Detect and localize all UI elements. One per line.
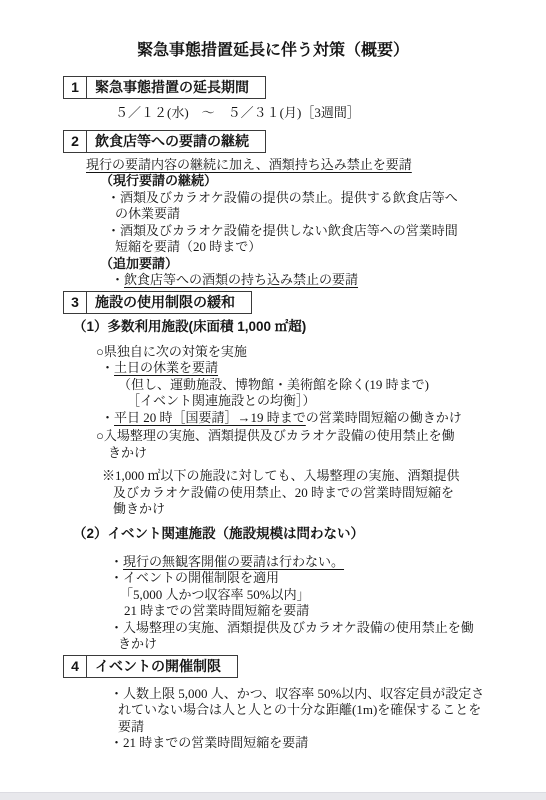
viewer-bottom-bar [0, 792, 546, 800]
s3-exception-note-cont: ［イベント関連施設との均衡］） [127, 393, 546, 410]
s3-weekday-hours-rest: の営業時間短縮の働きかけ [306, 410, 462, 425]
s2-bullet-shortened-hours: ・酒類及びカラオケ設備を提供しない飲食店等への営業時間 [107, 223, 546, 240]
section-2-heading: 飲食店等への要請の継続 [87, 131, 265, 152]
section-3-heading: 施設の使用制限の緩和 [87, 292, 251, 313]
s3-bullet-event-limit: ・イベントの開催制限を適用 [110, 570, 546, 587]
s2-bullet-alcohol-karaoke-ban: ・酒類及びカラオケ設備の提供の禁止。提供する飲食店等へ [107, 190, 546, 207]
s3-sub1-heading: （1）多数利用施設(床面積 1,000 ㎡超) [73, 318, 546, 336]
s4-bullet-hours-rule: ・21 時までの営業時間短縮を要請 [110, 735, 546, 752]
section-4-heading: イベントの開催制限 [87, 656, 237, 677]
bullet-mark: ・ [101, 360, 114, 375]
section-1-heading: 緊急事態措置の延長期間 [87, 77, 265, 98]
s3-bullet-weekend-closure: ・土日の休業を要請 [101, 360, 546, 377]
s3-event-limit-hours: 21 時までの営業時間短縮を要請 [124, 603, 546, 620]
s3-small-facility-note-cont2: 働きかけ [113, 501, 546, 518]
section-3-header-box: 3 施設の使用制限の緩和 [63, 291, 252, 314]
extension-period: ５／１２(水) ～ ５／３１(月)［3週間］ [115, 105, 546, 122]
s3-event-limit-capacity: 「5,000 人かつ収容率 50%以内」 [120, 587, 546, 604]
s2-bullet-shortened-hours-cont: 短縮を要請（20 時まで） [115, 239, 546, 256]
section-2-number: 2 [64, 131, 87, 152]
section-4-number: 4 [64, 656, 87, 677]
s4-bullet-capacity-rule: ・人数上限 5,000 人、かつ、収容率 50%以内、収容定員が設定さ [110, 686, 546, 703]
s3-no-spectator-text: 現行の無観客開催の要請は行わない。 [123, 554, 344, 569]
s2-current-request-label: （現行要請の継続） [100, 173, 546, 190]
section-4-body: ・人数上限 5,000 人、かつ、収容率 50%以内、収容定員が設定さ れていな… [0, 686, 546, 752]
s3-bullet-entry-control-events-cont: きかけ [118, 636, 546, 653]
s3-prefecture-measures: ○県独自に次の対策を実施 [96, 344, 546, 361]
s3-weekday-hours-underlined: 平日 20 時［国要請］→19 時まで [114, 410, 306, 425]
s3-sub2-heading: （2）イベント関連施設（施設規模は問わない） [73, 525, 546, 543]
s2-bullet-alcohol-karaoke-ban-cont: の休業要請 [115, 206, 546, 223]
s2-bullet-byob-ban: ・飲食店等への酒類の持ち込み禁止の要請 [111, 272, 546, 289]
section-1-header-box: 1 緊急事態措置の延長期間 [63, 76, 266, 99]
s3-bullet-weekday-hours: ・平日 20 時［国要請］→19 時までの営業時間短縮の働きかけ [101, 410, 546, 427]
section-3-body: （1）多数利用施設(床面積 1,000 ㎡超) ○県独自に次の対策を実施 ・土日… [0, 318, 546, 653]
s3-entry-control-measure-cont: きかけ [108, 445, 546, 462]
section-1-number: 1 [64, 77, 87, 98]
s2-additional-request-label: （追加要請） [100, 256, 546, 273]
page-title: 緊急事態措置延長に伴う対策（概要） [0, 0, 546, 62]
bullet-mark: ・ [101, 410, 114, 425]
s3-exception-note: （但し、運動施設、博物館・美術館を除く(19 時まで) [118, 377, 546, 394]
bullet-mark: ・ [111, 272, 124, 287]
section-4-header-box: 4 イベントの開催制限 [63, 655, 238, 678]
s3-small-facility-note-cont1: 及びカラオケ設備の使用禁止、20 時までの営業時間短縮を [113, 485, 546, 502]
s3-bullet-no-spectator: ・現行の無観客開催の要請は行わない。 [110, 554, 546, 571]
s4-bullet-capacity-rule-cont2: 要請 [118, 719, 546, 736]
section-2-header-box: 2 飲食店等への要請の継続 [63, 130, 266, 153]
s4-bullet-capacity-rule-cont1: れていない場合は人と人との十分な距離(1m)を確保することを [118, 702, 546, 719]
s3-small-facility-note: ※1,000 ㎡以下の施設に対しても、入場整理の実施、酒類提供 [102, 468, 546, 485]
s2-byob-ban-text: 飲食店等への酒類の持ち込み禁止の要請 [124, 272, 358, 287]
bullet-mark: ・ [110, 554, 123, 569]
section-2-body: 現行の要請内容の継続に加え、酒類持ち込み禁止を要請 （現行要請の継続） ・酒類及… [0, 157, 546, 289]
s3-entry-control-measure: ○入場整理の実施、酒類提供及びカラオケ設備の使用禁止を働 [96, 428, 546, 445]
s2-lead-sentence: 現行の要請内容の継続に加え、酒類持ち込み禁止を要請 [86, 157, 546, 174]
s3-weekend-closure-text: 土日の休業を要請 [114, 360, 218, 375]
section-3-number: 3 [64, 292, 87, 313]
s3-bullet-entry-control-events: ・入場整理の実施、酒類提供及びカラオケ設備の使用禁止を働 [110, 620, 546, 637]
document-page: 緊急事態措置延長に伴う対策（概要） 1 緊急事態措置の延長期間 ５／１２(水) … [0, 0, 546, 800]
